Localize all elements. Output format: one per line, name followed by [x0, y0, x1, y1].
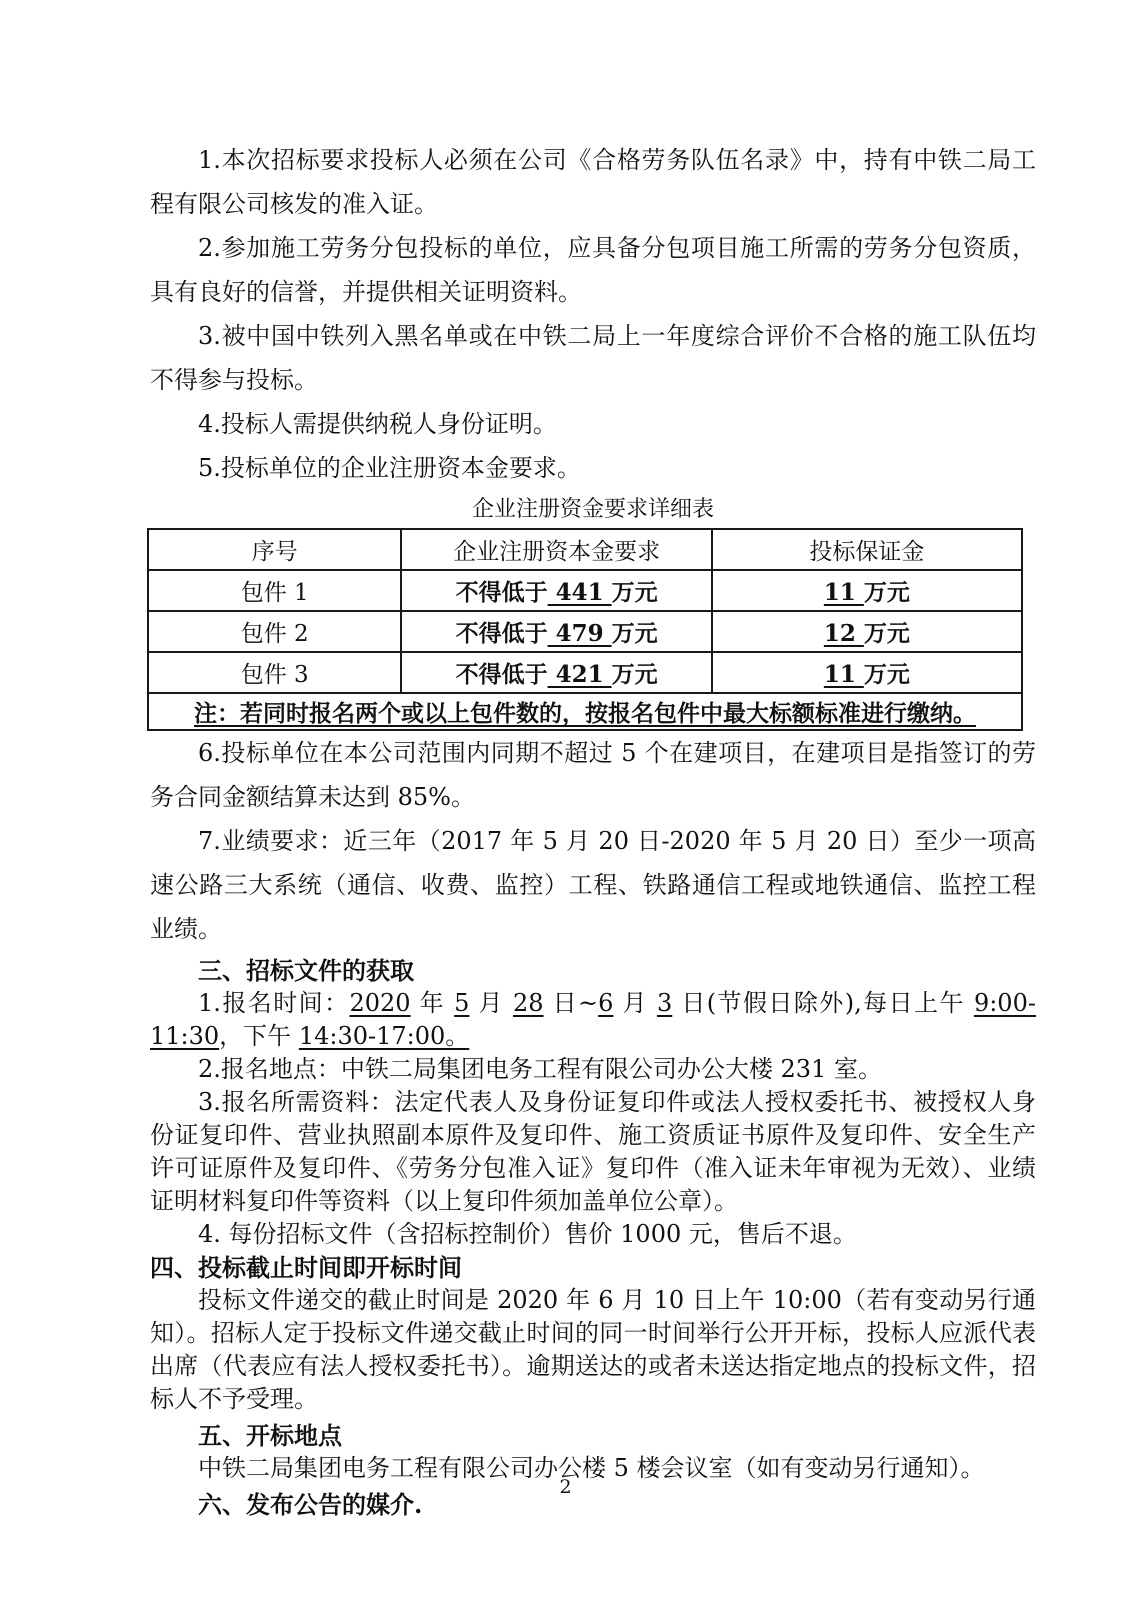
capital-table-title: 企业注册资金要求详细表 [150, 492, 1036, 528]
row2-deposit: 12 万元 [712, 611, 1022, 652]
table-row: 包件 1 不得低于 441 万元 11 万元 [148, 570, 1022, 611]
section3-item-4: 4. 每份招标文件（含招标控制价）售价 1000 元，售后不退。 [150, 1218, 1036, 1251]
section5-heading: 五、开标地点 [150, 1419, 1036, 1452]
row1-deposit: 11 万元 [712, 570, 1022, 611]
item-1: 1.本次招标要求投标人必须在公司《合格劳务队伍名录》中，持有中铁二局工程有限公司… [150, 138, 1036, 226]
lower-sections: 三、招标文件的获取 1.报名时间：2020 年 5 月 28 日~6 月 3 日… [150, 954, 1036, 1521]
item-3: 3.被中国中铁列入黑名单或在中铁二局上一年度综合评价不合格的施工队伍均不得参与投… [150, 314, 1036, 402]
row3-package: 包件 3 [148, 652, 401, 693]
section3-item-2: 2.报名地点：中铁二局集团电务工程有限公司办公大楼 231 室。 [150, 1053, 1036, 1086]
header-deposit: 投标保证金 [712, 529, 1022, 570]
table-row: 包件 2 不得低于 479 万元 12 万元 [148, 611, 1022, 652]
table-note-row: 注：若同时报名两个或以上包件数的，按报名包件中最大标额标准进行缴纳。 [148, 693, 1022, 730]
row1-capital: 不得低于 441 万元 [401, 570, 711, 611]
capital-requirements-table: 序号 企业注册资本金要求 投标保证金 包件 1 不得低于 441 万元 11 万… [147, 528, 1023, 731]
section3-item-3: 3.报名所需资料：法定代表人及身份证复印件或法人授权委托书、被授权人身份证复印件… [150, 1086, 1036, 1218]
item-4: 4.投标人需提供纳税人身份证明。 [150, 402, 1036, 446]
page-number: 2 [0, 1476, 1131, 1498]
document-page: 1.本次招标要求投标人必须在公司《合格劳务队伍名录》中，持有中铁二局工程有限公司… [0, 0, 1131, 1600]
row1-package: 包件 1 [148, 570, 401, 611]
header-capital: 企业注册资本金要求 [401, 529, 711, 570]
qualification-items: 1.本次招标要求投标人必须在公司《合格劳务队伍名录》中，持有中铁二局工程有限公司… [150, 138, 1036, 490]
item-2: 2.参加施工劳务分包投标的单位，应具备分包项目施工所需的劳务分包资质，具有良好的… [150, 226, 1036, 314]
section4-heading: 四、投标截止时间即开标时间 [150, 1251, 1036, 1284]
item-6: 6.投标单位在本公司范围内同期不超过 5 个在建项目，在建项目是指签订的劳务合同… [150, 731, 1036, 819]
row3-deposit: 11 万元 [712, 652, 1022, 693]
row2-package: 包件 2 [148, 611, 401, 652]
table-row: 包件 3 不得低于 421 万元 11 万元 [148, 652, 1022, 693]
section3-item-1: 1.报名时间：2020 年 5 月 28 日~6 月 3 日(节假日除外),每日… [150, 987, 1036, 1053]
row3-capital: 不得低于 421 万元 [401, 652, 711, 693]
item-7: 7.业绩要求：近三年（2017 年 5 月 20 日-2020 年 5 月 20… [150, 819, 1036, 951]
section4-paragraph: 投标文件递交的截止时间是 2020 年 6 月 10 日上午 10:00（若有变… [150, 1284, 1036, 1416]
document-content: 1.本次招标要求投标人必须在公司《合格劳务队伍名录》中，持有中铁二局工程有限公司… [150, 138, 1036, 1521]
row2-capital: 不得低于 479 万元 [401, 611, 711, 652]
qualification-items-continued: 6.投标单位在本公司范围内同期不超过 5 个在建项目，在建项目是指签订的劳务合同… [150, 731, 1036, 951]
table-header-row: 序号 企业注册资本金要求 投标保证金 [148, 529, 1022, 570]
header-serial: 序号 [148, 529, 401, 570]
table-note: 注：若同时报名两个或以上包件数的，按报名包件中最大标额标准进行缴纳。 [148, 693, 1022, 730]
section3-heading: 三、招标文件的获取 [150, 954, 1036, 987]
item-5: 5.投标单位的企业注册资本金要求。 [150, 446, 1036, 490]
